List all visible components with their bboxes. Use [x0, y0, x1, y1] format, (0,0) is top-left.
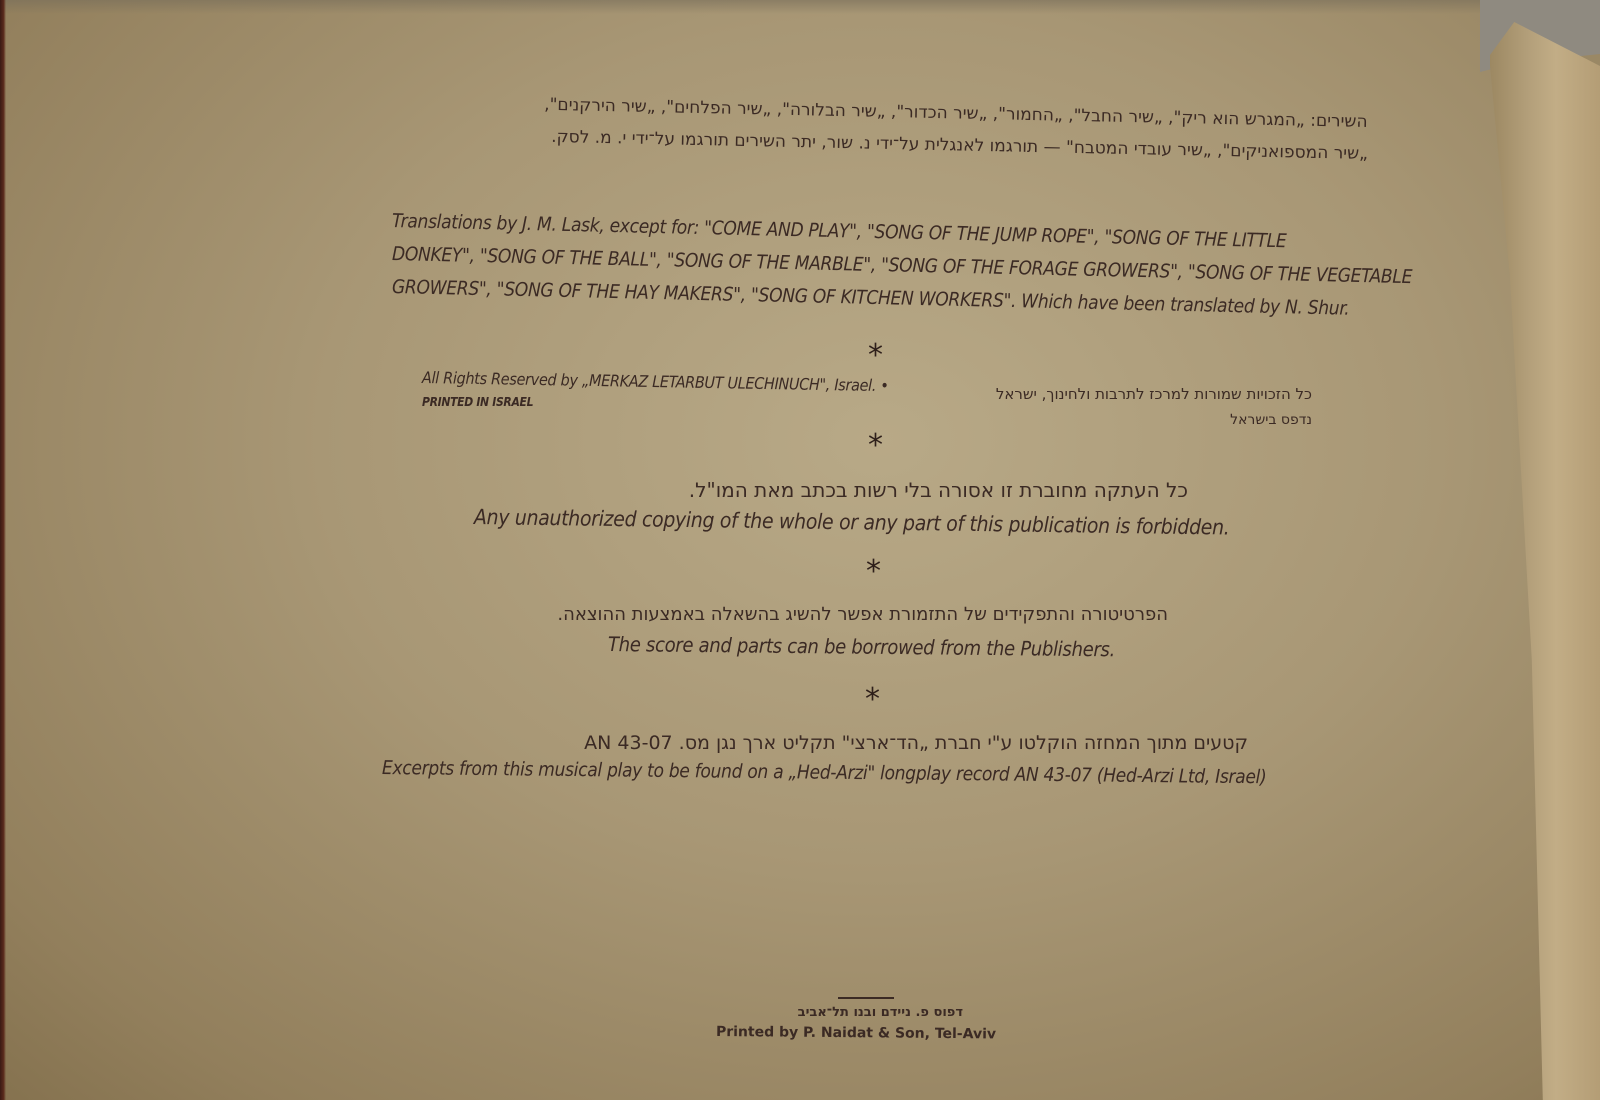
separator-star: *: [868, 338, 883, 373]
separator-star: *: [868, 428, 883, 463]
printer-rule: [838, 997, 894, 999]
separator-star: *: [865, 682, 880, 717]
printed-in-israel-hebrew: נדפס בישראל: [1230, 412, 1312, 428]
rights-hebrew: כל הזכויות שמורות למרכז לתרבות ולחינוך, …: [996, 385, 1312, 403]
book-cover-edge: [0, 0, 6, 1100]
copying-hebrew: כל העתקה מחוברת זו אסורה בלי רשות בכתב מ…: [689, 478, 1188, 502]
record-hebrew: קטעים מתוך המחזה הוקלטו ע"י חברת „הד־ארצ…: [584, 732, 1248, 754]
separator-star: *: [866, 554, 881, 589]
printed-in-israel-english: PRINTED IN ISRAEL: [422, 395, 533, 409]
page-top-shadow: [0, 0, 1600, 14]
book-page: [0, 0, 1600, 1100]
score-hebrew: הפרטיטורה והתפקידים של התזמורת אפשר להשי…: [557, 604, 1168, 625]
printer-english: Printed by P. Naidat & Son, Tel-Aviv: [716, 1024, 996, 1042]
printer-hebrew: דפוס פ. ניידם ובנו תל־אביב: [798, 1005, 963, 1020]
